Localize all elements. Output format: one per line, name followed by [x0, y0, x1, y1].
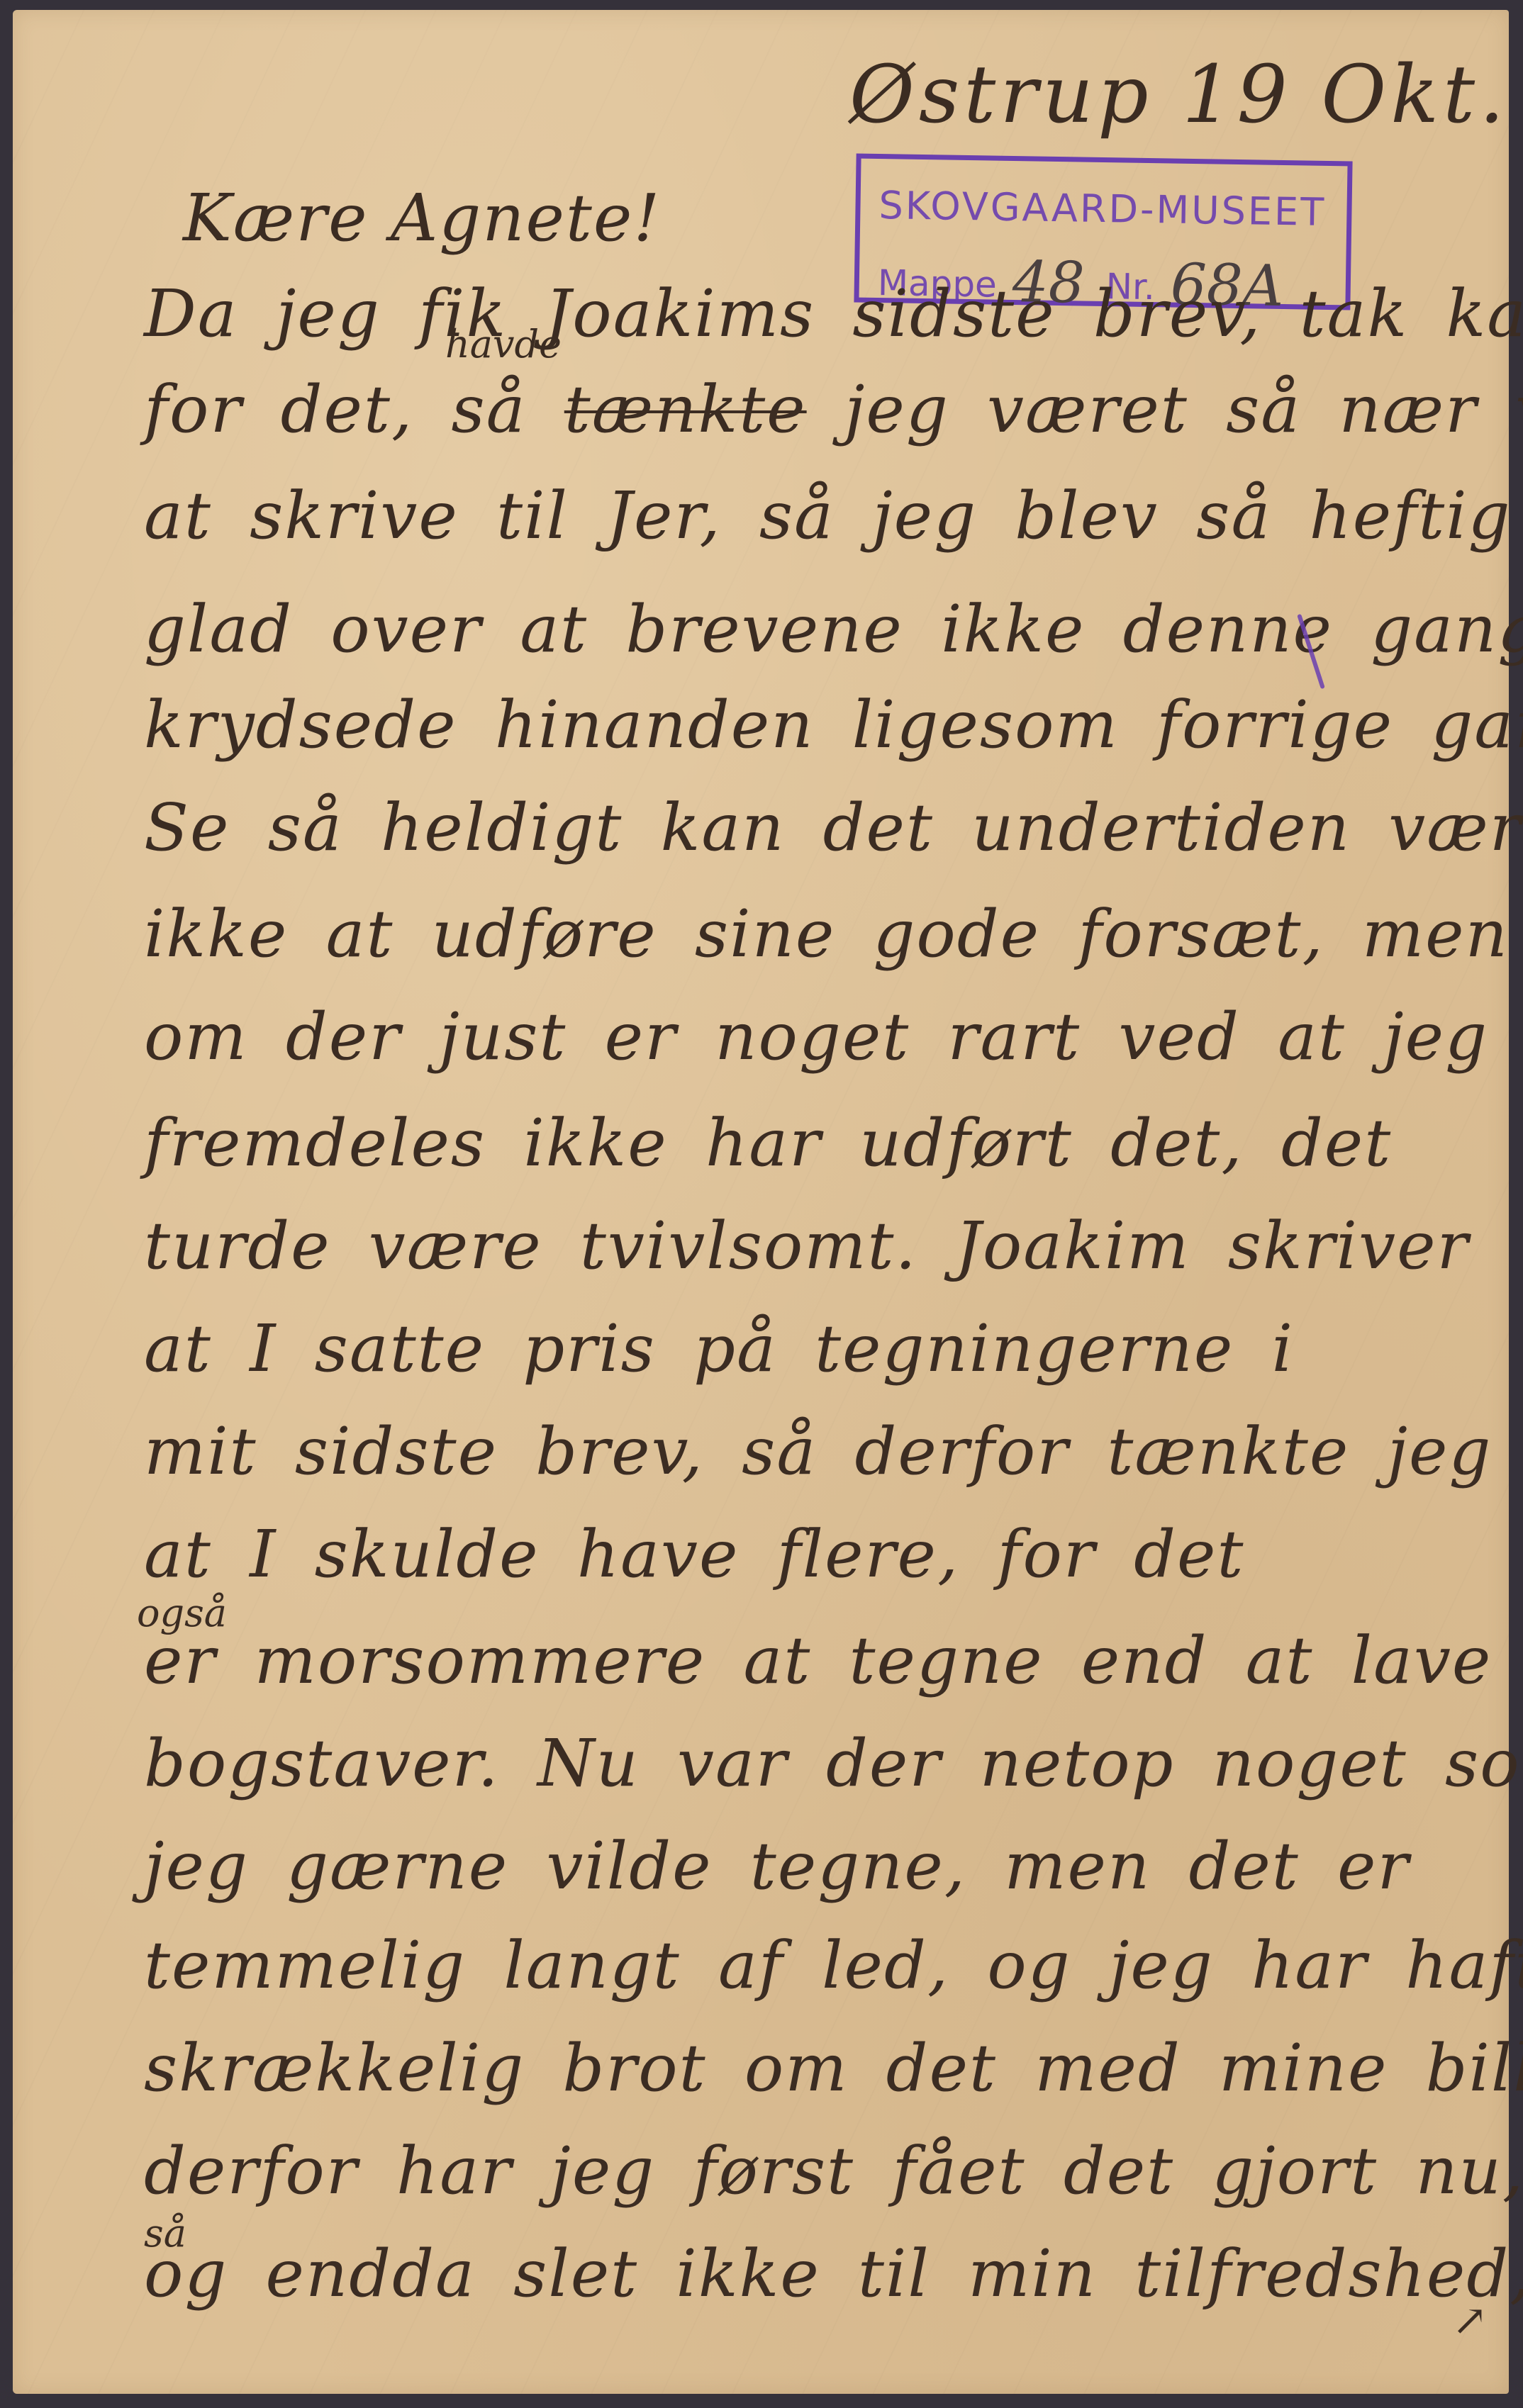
- letter-line-16: jeg gærne vilde tegne, men det er: [144, 1828, 1410, 1904]
- letter-line-13: at I skulde have flere, for det: [144, 1516, 1244, 1592]
- letter-line-6: Se så heldigt kan det undertiden være,: [144, 790, 1523, 866]
- letter-line-20: og endda slet ikke til min tilfredshed,: [144, 2236, 1523, 2312]
- letter-line-5: krydsede hinanden ligesom forrige gang.: [144, 687, 1523, 763]
- letter-line-15: bogstaver. Nu var der netop noget som: [144, 1725, 1523, 1801]
- letter-line-10: turde være tvivlsomt. Joakim skriver: [144, 1208, 1470, 1284]
- continuation-mark: ↗: [1452, 2296, 1488, 2346]
- letter-line-11: at I satte pris på tegningerne i: [144, 1311, 1294, 1387]
- line-2-before: for det, så: [144, 371, 564, 447]
- insertion-havde: havde: [445, 322, 562, 366]
- struck-word: tænkte: [564, 371, 807, 447]
- letter-line-14: er morsommere at tegne end at lave: [144, 1623, 1492, 1698]
- letter-line-12: mit sidste brev, så derfor tænkte jeg: [144, 1413, 1492, 1489]
- letter-line-8: om der just er noget rart ved at jeg: [144, 999, 1488, 1075]
- dateline: Østrup 19 Okt. 1886.: [849, 49, 1523, 141]
- letter-page: Østrup 19 Okt. 1886. SKOVGAARD-MUSEET Ma…: [13, 10, 1509, 2394]
- salutation: Kære Agnete!: [183, 180, 661, 256]
- letter-line-18: skrækkelig brot om det med mine billeder…: [144, 2030, 1523, 2106]
- letter-line-19: derfor har jeg først fået det gjort nu,: [144, 2133, 1523, 2209]
- line-2-after: jeg været så nær ved: [807, 371, 1523, 447]
- letter-line-9: fremdeles ikke har udført det, det: [144, 1105, 1392, 1181]
- letter-line-1: Da jeg fik Joakims sidste brev, tak kan: [144, 276, 1523, 352]
- letter-line-17: temmelig langt af led, og jeg har haft: [144, 1927, 1523, 2003]
- letter-line-4: glad over at brevene ikke denne gang: [144, 591, 1523, 667]
- letter-line-7: ikke at udføre sine gode forsæt, men: [144, 896, 1509, 972]
- letter-line-3: at skrive til Jer, så jeg blev så heftig: [144, 478, 1512, 554]
- letter-line-2: for det, så tænkte jeg været så nær ved: [144, 371, 1523, 447]
- stamp-title: SKOVGAARD-MUSEET: [878, 183, 1327, 235]
